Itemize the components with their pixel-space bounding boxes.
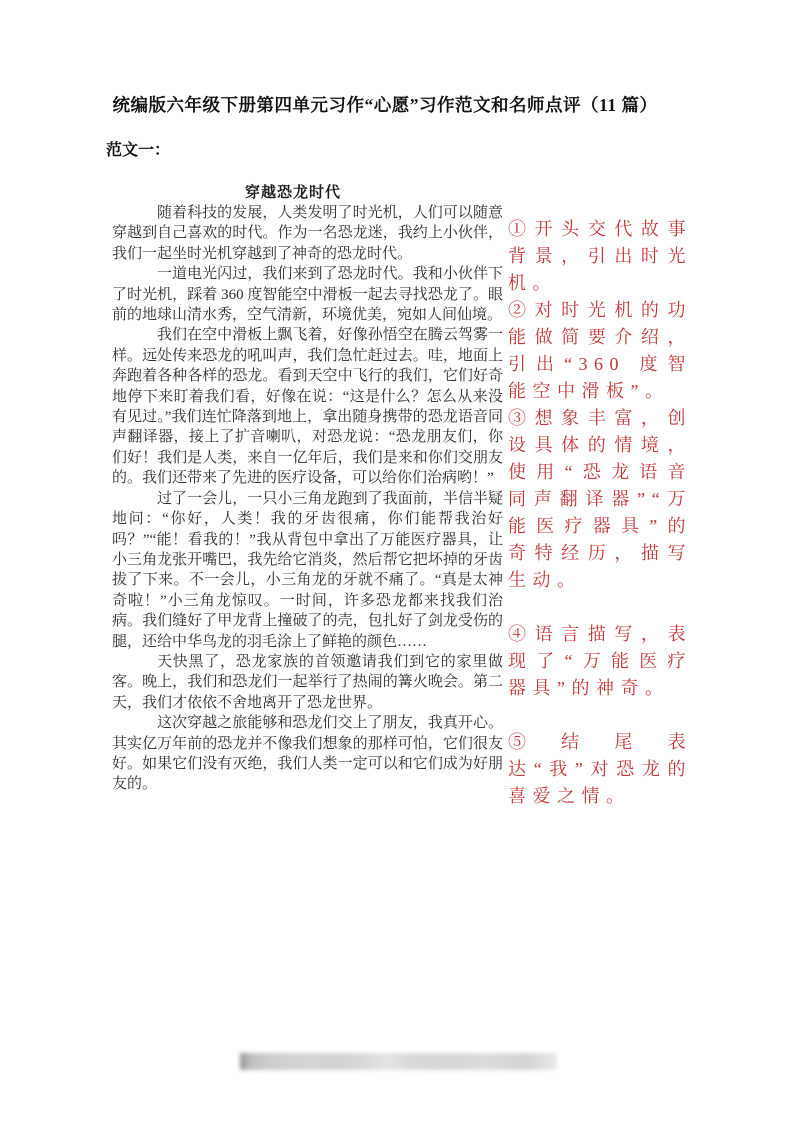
- annotation-item: ③想象丰富，创设具体的情境，使用“恐龙语音同声翻译器”“万能医疗器具”的奇特经历…: [508, 405, 692, 594]
- doc-title: 统编版六年级下册第四单元习作“心愿”习作范文和名师点评（11 篇）: [0, 92, 770, 117]
- essay-title: 穿越恐龙时代: [245, 181, 341, 202]
- annotation-item: ②对时光机的功能做简要介绍，引出“360 度智能空中滑板”。: [508, 297, 692, 405]
- blurred-watermark: [240, 1053, 557, 1070]
- document-page: 统编版六年级下册第四单元习作“心愿”习作范文和名师点评（11 篇） 范文一： 穿…: [0, 0, 793, 1122]
- annotations-column: ①开头交代故事背景，引出时光机。 ②对时光机的功能做简要介绍，引出“360 度智…: [508, 216, 692, 810]
- essay-paragraph: 随着科技的发展，人类发明了时光机，人们可以随意穿越到自己喜欢的时代。作为一名恐龙…: [112, 203, 503, 264]
- section-label: 范文一：: [106, 137, 170, 160]
- annotation-item: ①开头交代故事背景，引出时光机。: [508, 216, 692, 297]
- essay-paragraph: 这次穿越之旅能够和恐龙们交上了朋友，我真开心。其实亿万年前的恐龙并不像我们想象的…: [112, 713, 503, 795]
- essay-paragraph: 过了一会儿，一只小三角龙跑到了我面前，半信半疑地问：“你好，人类！我的牙齿很痛，…: [112, 489, 503, 652]
- essay-paragraph: 我们在空中滑板上飘飞着，好像孙悟空在腾云驾雾一样。远处传来恐龙的吼叫声，我们急忙…: [112, 325, 503, 488]
- essay-paragraph: 天快黑了，恐龙家族的首领邀请我们到它的家里做客。晚上，我们和恐龙们一起举行了热闹…: [112, 652, 503, 713]
- essay-paragraph: 一道电光闪过，我们来到了恐龙时代。我和小伙伴下了时光机，踩着 360 度智能空中…: [112, 264, 503, 325]
- annotation-item: ④语言描写，表现了“万能医疗器具”的神奇。: [508, 621, 692, 702]
- annotation-item: ⑤结尾表达“我”对恐龙的喜爱之情。: [508, 729, 692, 810]
- essay-body: 随着科技的发展，人类发明了时光机，人们可以随意穿越到自己喜欢的时代。作为一名恐龙…: [112, 203, 503, 795]
